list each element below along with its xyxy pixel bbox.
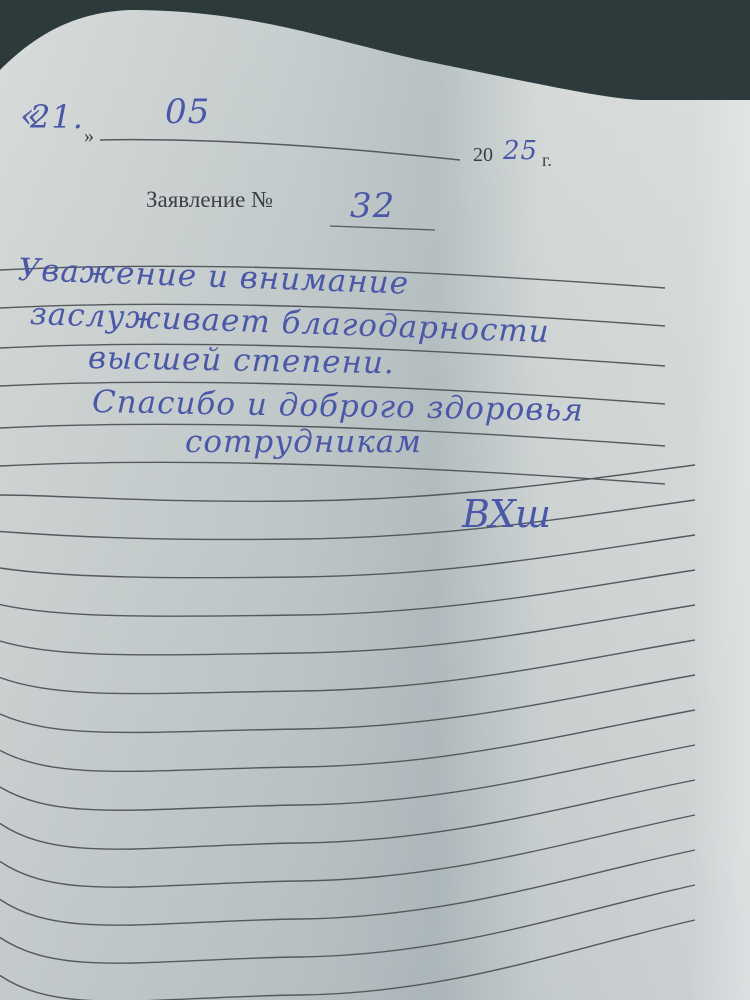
ruled-lines <box>0 0 750 1000</box>
date-close-quote: » <box>84 125 94 148</box>
body-line-5: сотрудникам <box>185 424 422 460</box>
application-number: 32 <box>350 186 395 226</box>
body-line-3: высшей степени. <box>88 340 395 381</box>
date-year-prefix: 20 <box>473 144 493 167</box>
date-month: 05 <box>165 92 210 132</box>
date-day: 21. <box>30 98 84 136</box>
date-year-suffix: 25 <box>503 136 538 166</box>
application-label: Заявление № <box>146 187 273 213</box>
signature: ВХш <box>462 492 550 536</box>
date-year-unit: г. <box>542 150 552 171</box>
